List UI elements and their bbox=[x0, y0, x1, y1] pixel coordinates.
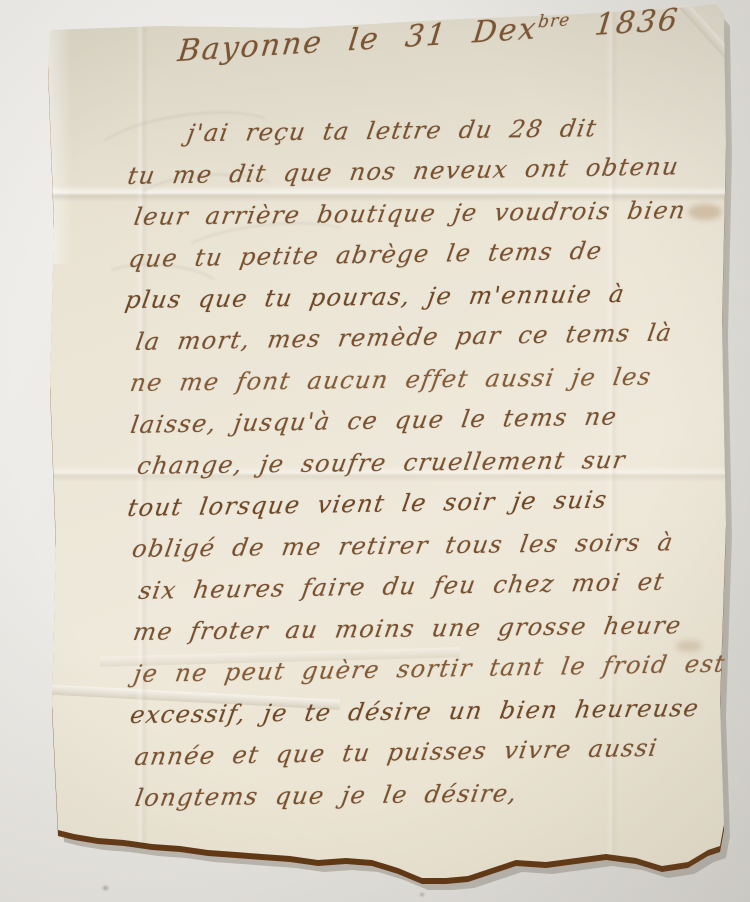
dust-speck bbox=[420, 893, 424, 896]
dust-speck bbox=[103, 886, 108, 890]
letter-photo: Bayonne le 31 Dexbre 1836 j'ai reçu ta l… bbox=[0, 0, 750, 902]
dateline-superscript: bre bbox=[537, 10, 571, 32]
letter-body: j'ai reçu ta lettre du 28 dit tu me dit … bbox=[126, 113, 743, 826]
letter-line: longtems que je le désire, bbox=[131, 776, 746, 825]
dateline-year: 1836 bbox=[568, 2, 682, 44]
left-edge-fold-highlight bbox=[46, 24, 72, 264]
